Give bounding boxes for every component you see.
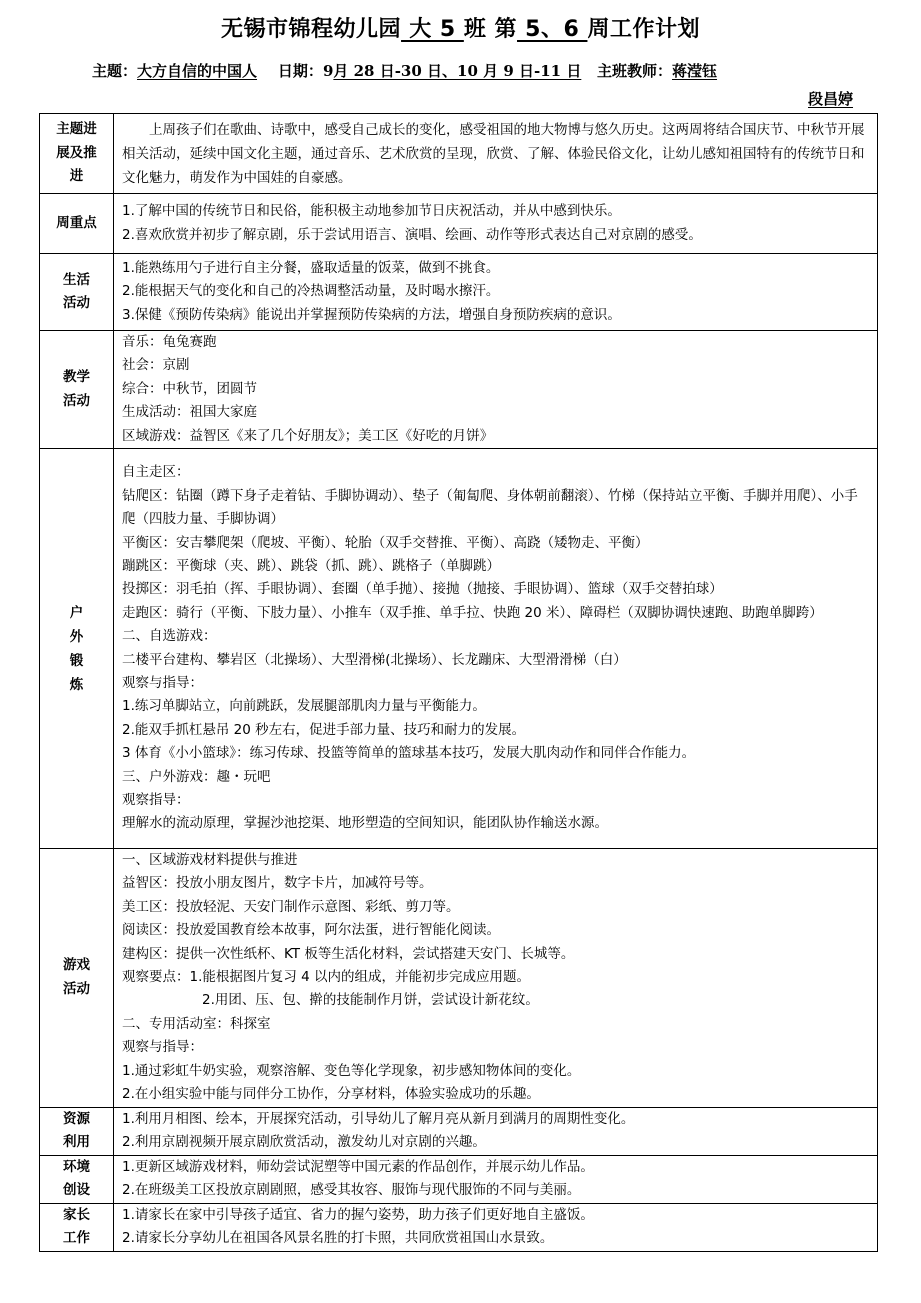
kindergarten-name: 无锡市锦程幼儿园 [221,17,401,42]
row-label: 资源 利用 [40,1107,114,1155]
content-line: 3.保健《预防传染病》能说出并掌握预防传染病的方法，增强自身预防疾病的意识。 [122,304,871,327]
label-line: 活动 [44,978,109,1001]
content-line: 2.利用京剧视频开展京剧欣赏活动，激发幼儿对京剧的兴趣。 [122,1131,871,1154]
plan-meta: 主题：大方自信的中国人 日期：9月 28 日-30 日、10 月 9 日-11 … [92,60,872,81]
content-line: 投掷区：羽毛拍（挥、手眼协调）、套圈（单手抛）、接抛（抛接、手眼协调）、篮球（双… [122,578,871,601]
label-line: 活动 [44,292,109,315]
row-label: 周重点 [40,194,114,254]
row-content: 1.利用月相图、绘本，开展探究活动，引导幼儿了解月亮从新月到满月的周期性变化。 … [114,1107,878,1155]
label-line: 家长 [44,1204,109,1227]
content-line: 1.通过彩虹牛奶实验，观察溶解、变色等化学现象，初步感知物体间的变化。 [122,1060,871,1083]
content-line: 平衡区：安吉攀爬架（爬坡、平衡）、轮胎（双手交替推、平衡）、高跷（矮物走、平衡） [122,532,871,555]
row-label: 环境 创设 [40,1155,114,1203]
label-line: 资源 [44,1108,109,1131]
content-line: 2.能双手抓杠悬吊 20 秒左右，促进手部力量、技巧和耐力的发展。 [122,719,871,742]
label-line: 创设 [44,1179,109,1202]
table-row-resource-utilization: 资源 利用 1.利用月相图、绘本，开展探究活动，引导幼儿了解月亮从新月到满月的周… [40,1107,878,1155]
theme-value: 大方自信的中国人 [137,62,257,80]
label-line: 展及推 [44,142,109,165]
content-line: 阅读区：投放爱国教育绘本故事，阿尔法蛋，进行智能化阅读。 [122,919,871,942]
week-numbers: 5、6 [517,17,587,42]
content-line: 1.更新区域游戏材料，师幼尝试泥塑等中国元素的作品创作，并展示幼儿作品。 [122,1156,871,1179]
content-line: 1.能熟练用勺子进行自主分餐，盛取适量的饭菜，做到不挑食。 [122,257,871,280]
content-line: 2.在小组实验中能与同伴分工协作，分享材料，体验实验成功的乐趣。 [122,1083,871,1106]
row-label: 主题进 展及推 进 [40,114,114,194]
label-line: 教学 [44,366,109,389]
content-line: 2.能根据天气的变化和自己的冷热调整活动量，及时喝水擦汗。 [122,280,871,303]
date-value-prefix: 9 [323,62,333,80]
content-line: 1.利用月相图、绘本，开展探究活动，引导幼儿了解月亮从新月到满月的周期性变化。 [122,1108,871,1131]
teacher-name-1: 蒋滢钰 [672,62,717,80]
table-row-theme-progress: 主题进 展及推 进 上周孩子们在歌曲、诗歌中，感受自己成长的变化，感受祖国的地大… [40,114,878,194]
content-line: 2.喜欢欣赏并初步了解京剧，乐于尝试用语言、演唱、绘画、动作等形式表达自己对京剧… [122,224,871,247]
content-line: 观察与指导： [122,1036,871,1059]
row-content: 1.更新区域游戏材料，师幼尝试泥塑等中国元素的作品创作，并展示幼儿作品。 2.在… [114,1155,878,1203]
teacher-name-2: 段昌婷 [808,88,853,109]
title-mid: 班 第 [464,17,517,42]
date-label: 日期： [278,62,323,80]
content-paragraph: 上周孩子们在歌曲、诗歌中，感受自己成长的变化，感受祖国的地大物博与悠久历史。这两… [122,118,871,190]
row-content: 音乐：龟兔赛跑 社会：京剧 综合：中秋节，团圆节 生成活动：祖国大家庭 区域游戏… [114,331,878,449]
label-line: 游戏 [44,954,109,977]
table-row-environment-creation: 环境 创设 1.更新区域游戏材料，师幼尝试泥塑等中国元素的作品创作，并展示幼儿作… [40,1155,878,1203]
content-line: 自主走区： [122,461,871,484]
label-line: 环境 [44,1156,109,1179]
label-line: 生活 [44,269,109,292]
content-line: 1.了解中国的传统节日和民俗，能积极主动地参加节日庆祝活动，并从中感到快乐。 [122,200,871,223]
row-label: 教学 活动 [40,331,114,449]
content-line: 钻爬区：钻圈（蹲下身子走着钻、手脚协调动）、垫子（匍匐爬、身体朝前翻滚）、竹梯（… [122,485,871,532]
row-content: 自主走区： 钻爬区：钻圈（蹲下身子走着钻、手脚协调动）、垫子（匍匐爬、身体朝前翻… [114,449,878,849]
content-line: 建构区：提供一次性纸杯、KT 板等生活化材料，尝试搭建天安门、长城等。 [122,943,871,966]
content-line: 观察要点：1.能根据图片复习 4 以内的组成，并能初步完成应用题。 [122,966,871,989]
content-line: 理解水的流动原理，掌握沙池挖渠、地形塑造的空间知识，能团队协作输送水源。 [122,812,871,835]
label-line: 户 [44,601,109,625]
content-line: 区域游戏：益智区《来了几个好朋友》；美工区《好吃的月饼》 [122,425,871,448]
row-label: 生活 活动 [40,254,114,331]
content-line: 音乐：龟兔赛跑 [122,331,871,354]
label-line: 外 [44,625,109,649]
label-line: 进 [44,165,109,188]
row-content: 1.了解中国的传统节日和民俗，能积极主动地参加节日庆祝活动，并从中感到快乐。 2… [114,194,878,254]
row-label: 游戏 活动 [40,849,114,1107]
content-line: 走跑区：骑行（平衡、下肢力量）、小推车（双手推、单手拉、快跑 20 米）、障碍栏… [122,602,871,625]
content-line: 1.请家长在家中引导孩子适宜、省力的握勺姿势，助力孩子们更好地自主盛饭。 [122,1204,871,1227]
content-line: 益智区：投放小朋友图片，数字卡片，加减符号等。 [122,872,871,895]
content-line: 一、区域游戏材料提供与推进 [122,849,871,872]
content-line: 2.在班级美工区投放京剧剧照，感受其妆容、服饰与现代服饰的不同与美丽。 [122,1179,871,1202]
table-row-weekly-focus: 周重点 1.了解中国的传统节日和民俗，能积极主动地参加节日庆祝活动，并从中感到快… [40,194,878,254]
content-line: 观察与指导： [122,672,871,695]
label-line: 主题进 [44,118,109,141]
content-line: 三、户外游戏：趣・玩吧 [122,766,871,789]
row-label: 户 外 锻 炼 [40,449,114,849]
table-row-parent-work: 家长 工作 1.请家长在家中引导孩子适宜、省力的握勺姿势，助力孩子们更好地自主盛… [40,1203,878,1251]
row-content: 1.能熟练用勺子进行自主分餐，盛取适量的饭菜，做到不挑食。 2.能根据天气的变化… [114,254,878,331]
row-label: 家长 工作 [40,1203,114,1251]
row-content: 一、区域游戏材料提供与推进 益智区：投放小朋友图片，数字卡片，加减符号等。 美工… [114,849,878,1107]
theme-label: 主题： [92,62,137,80]
content-line: 二、自选游戏： [122,625,871,648]
label-line: 工作 [44,1227,109,1250]
content-line: 蹦跳区：平衡球（夹、跳）、跳袋（抓、跳）、跳格子（单脚跳） [122,555,871,578]
content-line: 美工区：投放轻泥、天安门制作示意图、彩纸、剪刀等。 [122,896,871,919]
date-value: 月 28 日-30 日、10 月 9 日-11 日 [333,62,581,80]
class-name: 大 5 [401,17,464,42]
teacher-label: 主班教师： [597,62,672,80]
title-suffix: 周工作计划 [587,17,700,42]
content-line: 生成活动：祖国大家庭 [122,401,871,424]
content-line: 1.练习单脚站立，向前跳跃，发展腿部肌肉力量与平衡能力。 [122,695,871,718]
content-line: 观察指导： [122,789,871,812]
content-line: 综合：中秋节，团圆节 [122,378,871,401]
content-line: 社会：京剧 [122,354,871,377]
page-title: 无锡市锦程幼儿园 大 5 班 第 5、6 周工作计划 [0,12,921,43]
content-line: 二楼平台建构、攀岩区（北操场）、大型滑梯(北操场）、长龙蹦床、大型滑滑梯（白） [122,649,871,672]
row-content: 上周孩子们在歌曲、诗歌中，感受自己成长的变化，感受祖国的地大物博与悠久历史。这两… [114,114,878,194]
label-line: 锻 [44,649,109,673]
label-line: 炼 [44,673,109,697]
label-line: 周重点 [44,212,109,235]
content-line: 2.用团、压、包、擀的技能制作月饼，尝试设计新花纹。 [122,989,871,1012]
table-row-outdoor-exercise: 户 外 锻 炼 自主走区： 钻爬区：钻圈（蹲下身子走着钻、手脚协调动）、垫子（匍… [40,449,878,849]
table-row-teaching-activities: 教学 活动 音乐：龟兔赛跑 社会：京剧 综合：中秋节，团圆节 生成活动：祖国大家… [40,331,878,449]
table-row-game-activities: 游戏 活动 一、区域游戏材料提供与推进 益智区：投放小朋友图片，数字卡片，加减符… [40,849,878,1107]
table-row-life-activities: 生活 活动 1.能熟练用勺子进行自主分餐，盛取适量的饭菜，做到不挑食。 2.能根… [40,254,878,331]
row-content: 1.请家长在家中引导孩子适宜、省力的握勺姿势，助力孩子们更好地自主盛饭。 2.请… [114,1203,878,1251]
content-line: 3 体育《小小篮球》：练习传球、投篮等简单的篮球基本技巧，发展大肌肉动作和同伴合… [122,742,871,765]
content-line: 2.请家长分享幼儿在祖国各风景名胜的打卡照，共同欣赏祖国山水景致。 [122,1227,871,1250]
content-line: 二、专用活动室：科探室 [122,1013,871,1036]
label-line: 活动 [44,390,109,413]
weekly-plan-table: 主题进 展及推 进 上周孩子们在歌曲、诗歌中，感受自己成长的变化，感受祖国的地大… [39,113,878,1252]
label-line: 利用 [44,1131,109,1154]
